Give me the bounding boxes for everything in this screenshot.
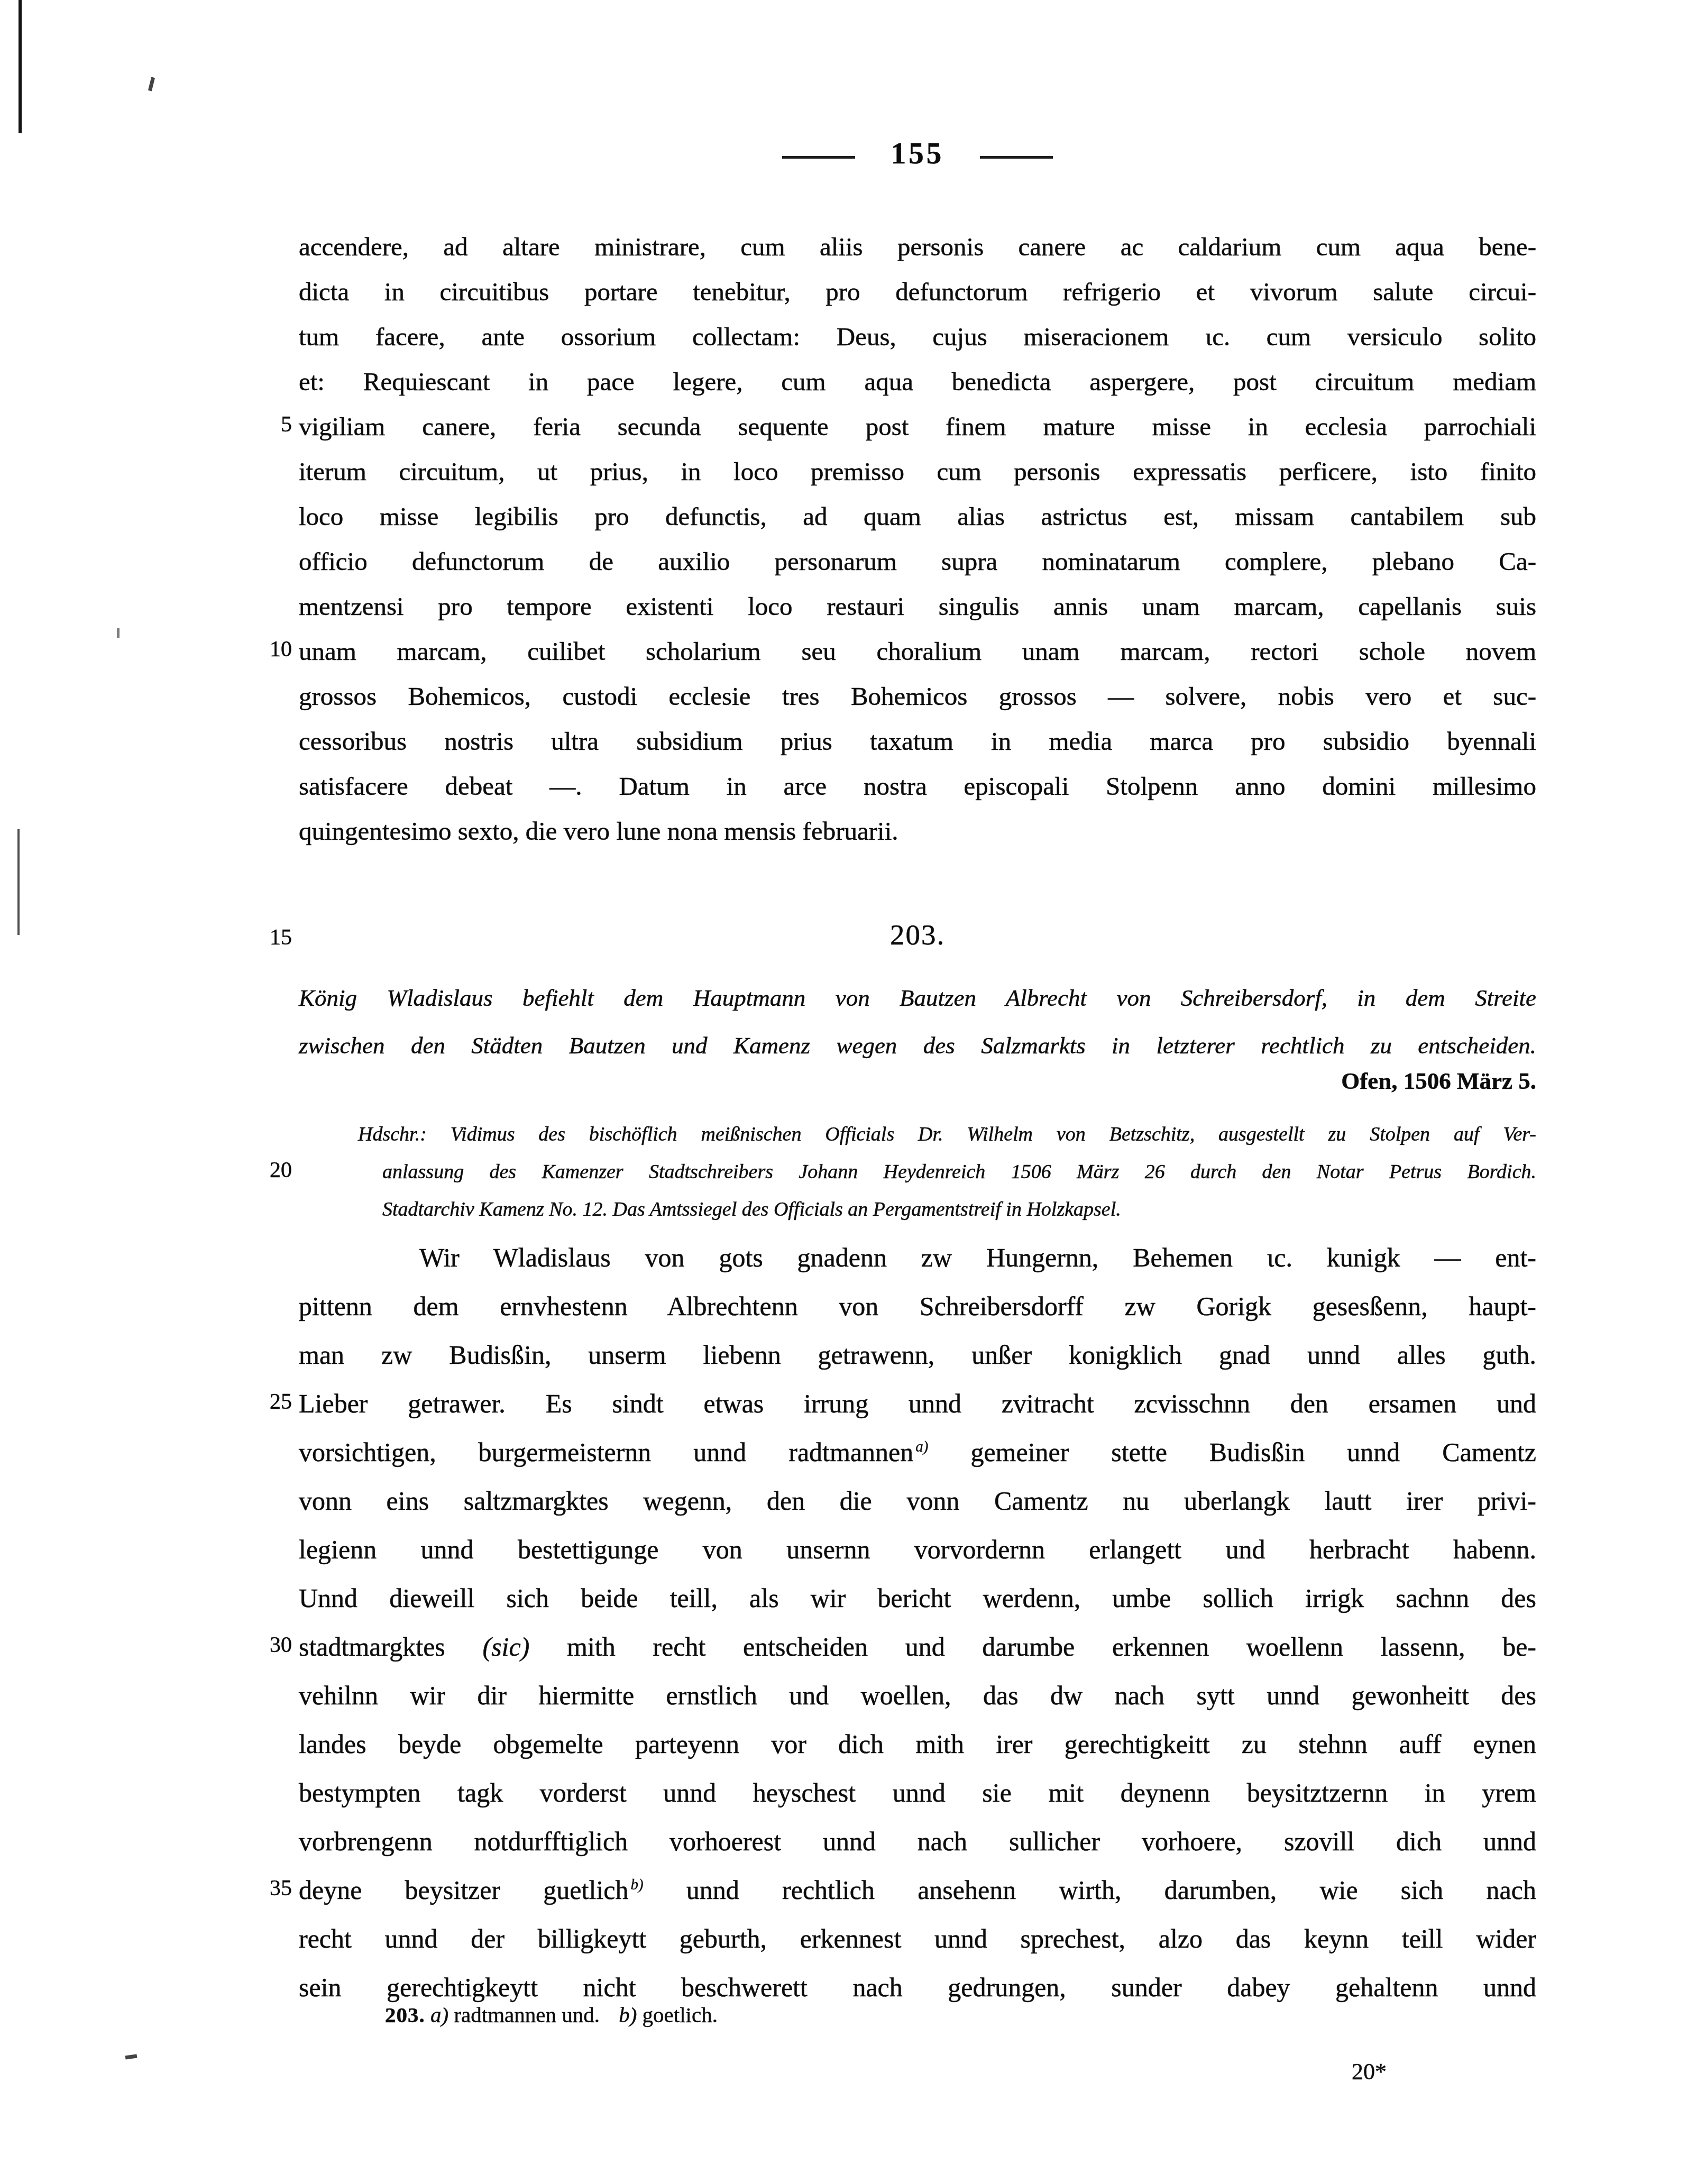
- text-line: vehilnn wir dir hiermitte ernstlich und …: [299, 1671, 1536, 1720]
- text-line: dicta in circuitibus portare tenebitur, …: [299, 269, 1536, 314]
- text-line: Lieber getrawer. Es sindt etwas irrung u…: [299, 1379, 1536, 1428]
- text-segment: gemeiner stette Budisßin unnd Camentz: [928, 1437, 1536, 1467]
- source-line: Stadtarchiv Kamenz No. 12. Das Amtssiege…: [299, 1191, 1536, 1228]
- apparatus-note-marker-b: b): [630, 1876, 643, 1893]
- entry-summary: König Wladislaus befiehlt dem Hauptmann …: [299, 974, 1536, 1069]
- text-line: tum facere, ante ossorium collectam: Deu…: [299, 314, 1536, 359]
- apparatus-note-marker-a: a): [915, 1438, 928, 1455]
- text-line: accendere, ad altare ministrare, cum ali…: [299, 224, 1536, 269]
- text-segment: unnd rechtlich ansehenn wirth, darumben,…: [644, 1875, 1536, 1905]
- page-number-rule-right: [980, 156, 1053, 159]
- text-line: landes beyde obgemelte parteyenn vor dic…: [299, 1720, 1536, 1768]
- source-note: Hdschr.: Vidimus des bischöflich meißnis…: [299, 1116, 1536, 1228]
- scan-speck: [148, 77, 155, 91]
- text-line: iterum circuitum, ut prius, in loco prem…: [299, 449, 1536, 494]
- text-line: Unnd dieweill sich beide teill, als wir …: [299, 1574, 1536, 1622]
- text-line: cessoribus nostris ultra subsidium prius…: [299, 719, 1536, 764]
- printer-signature-mark: 20*: [1352, 2060, 1387, 2084]
- scan-speck: [117, 628, 120, 638]
- text-line: man zw Budisßin, unserm liebenn getrawen…: [299, 1330, 1536, 1379]
- scan-speck: [125, 2054, 137, 2060]
- apparatus-footnote: 203. a) radtmannen und. b) goetlich.: [385, 2004, 718, 2026]
- margin-line-number-5: 5: [222, 414, 292, 436]
- scanned-book-page: 155 5 10 15 20 25 30 35 accendere, ad al…: [0, 0, 1697, 2184]
- text-line: loco misse legibilis pro defunctis, ad q…: [299, 494, 1536, 539]
- text-line: et: Requiescant in pace legere, cum aqua…: [299, 359, 1536, 404]
- footnote-text-b: goetlich.: [643, 2003, 718, 2027]
- text-segment: mith recht entscheiden und darumbe erken…: [529, 1632, 1536, 1662]
- footnote-marker-b: b): [619, 2003, 637, 2027]
- text-line-with-apparatus-note: deyne beysitzer guetlichb) unnd rechtlic…: [299, 1866, 1536, 1914]
- text-line: bestympten tagk vorderst unnd heyschest …: [299, 1768, 1536, 1817]
- page-header: 155: [299, 139, 1536, 169]
- text-line: unam marcam, cuilibet scholarium seu cho…: [299, 629, 1536, 674]
- german-charter-text: Wir Wladislaus von gots gnadenn zw Hunge…: [299, 1233, 1536, 2012]
- text-line: recht unnd der billigkeytt geburth, erke…: [299, 1914, 1536, 1963]
- text-line: grossos Bohemicos, custodi ecclesie tres…: [299, 674, 1536, 719]
- footnote-entry-number: 203.: [385, 2003, 425, 2027]
- text-line-with-apparatus-note: vorsichtigen, burgermeisternn unnd radtm…: [299, 1428, 1536, 1476]
- text-segment: stadtmargktes: [299, 1632, 482, 1662]
- page-number-rule-left: [782, 156, 855, 159]
- page-number: 155: [891, 139, 944, 169]
- text-line: officio defunctorum de auxilio personaru…: [299, 539, 1536, 584]
- summary-line: König Wladislaus befiehlt dem Hauptmann …: [299, 974, 1536, 1022]
- text-line: legienn unnd bestettigunge von unsernn v…: [299, 1525, 1536, 1574]
- text-line: satisfacere debeat —. Datum in arce nost…: [299, 764, 1536, 809]
- margin-line-number-20: 20: [222, 1159, 292, 1181]
- text-line: quingentesimo sexto, die vero lune nona …: [299, 809, 1536, 854]
- margin-line-number-35: 35: [222, 1877, 292, 1899]
- scan-edge-artifact: [17, 829, 20, 935]
- text-line-with-sic: stadtmargktes (sic) mith recht entscheid…: [299, 1622, 1536, 1671]
- scan-edge-artifact: [19, 0, 22, 133]
- text-line: vigiliam canere, feria secunda sequente …: [299, 404, 1536, 449]
- dateline: Ofen, 1506 März 5.: [299, 1069, 1536, 1093]
- source-line: Hdschr.: Vidimus des bischöflich meißnis…: [299, 1116, 1536, 1153]
- sic-marker: (sic): [482, 1632, 529, 1662]
- text-line: Wir Wladislaus von gots gnadenn zw Hunge…: [299, 1233, 1536, 1282]
- text-segment: deyne beysitzer guetlich: [299, 1875, 628, 1905]
- text-line: vonn eins saltzmargktes wegenn, den die …: [299, 1476, 1536, 1525]
- margin-line-number-10: 10: [222, 638, 292, 660]
- footnote-marker-a: a): [430, 2003, 448, 2027]
- text-line: mentzensi pro tempore existenti loco res…: [299, 584, 1536, 629]
- text-segment: vorsichtigen, burgermeisternn unnd radtm…: [299, 1437, 913, 1467]
- margin-line-number-25: 25: [222, 1391, 292, 1413]
- margin-line-number-15: 15: [222, 926, 292, 949]
- text-line: pittenn dem ernvhestenn Albrechtenn von …: [299, 1282, 1536, 1330]
- latin-charter-text: accendere, ad altare ministrare, cum ali…: [299, 224, 1536, 854]
- summary-line: zwischen den Städten Bautzen und Kamenz …: [299, 1022, 1536, 1069]
- source-line: anlassung des Kamenzer Stadtschreibers J…: [299, 1153, 1536, 1191]
- footnote-text-a: radtmannen und.: [454, 2003, 600, 2027]
- entry-number-heading: 203.: [299, 919, 1536, 951]
- text-line: vorbrengenn notdurfftiglich vorhoerest u…: [299, 1817, 1536, 1866]
- margin-line-number-30: 30: [222, 1634, 292, 1656]
